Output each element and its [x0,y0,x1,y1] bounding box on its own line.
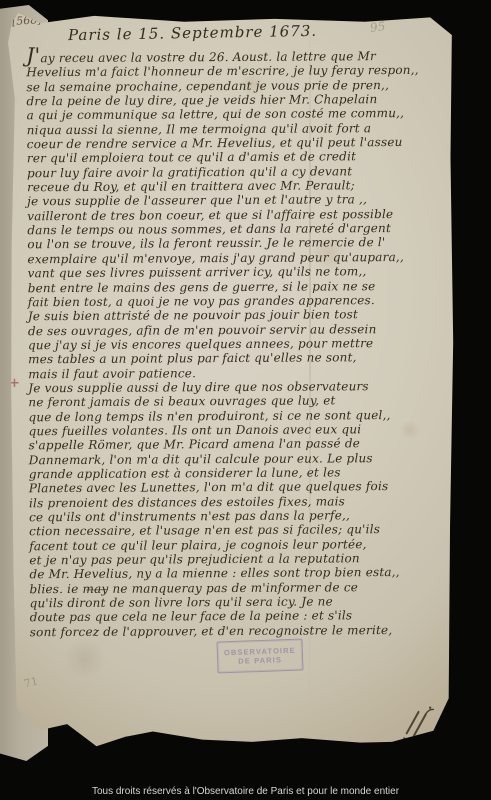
manuscript-line: se la semaine prochaine, cependant je vo… [26,77,444,94]
manuscript-page: [568] 95 Paris le 15. Septembre 1673. + … [4,10,455,747]
ink-flourish-mark [394,704,444,749]
manuscript-line: sont forcez de l'approuver, et d'en reco… [30,622,448,639]
manuscript-line: de Mr. Hevelius, ny a la mienne : elles … [29,565,447,582]
letter-body: J'ay receu avec la vostre du 26. Aoust. … [26,45,448,640]
manuscript-line: Planetes avec les Lunettes, l'on m'a dit… [29,479,447,496]
folio-number-pencil: 95 [369,19,386,35]
copyright-notice: Tous droits réservés à l'Observatoire de… [0,786,491,797]
manuscript-line: que de long temps ils n'en produiront, s… [28,407,446,424]
letter-dateline: Paris le 15. Septembre 1673. [68,22,317,44]
manuscript-scan: [568] 95 Paris le 15. Septembre 1673. + … [0,0,491,800]
manuscript-line: exemplaire qu'il m'envoye, mais j'ay gra… [27,250,445,267]
stamp-line2: DE PARIS [238,655,282,666]
pencil-mark-bottom-left: 71 [23,674,40,690]
observatoire-de-paris-stamp: OBSERVATOIRE DE PARIS [216,639,303,674]
manuscript-line: a qui je communique sa lettre, qui de so… [27,106,445,123]
